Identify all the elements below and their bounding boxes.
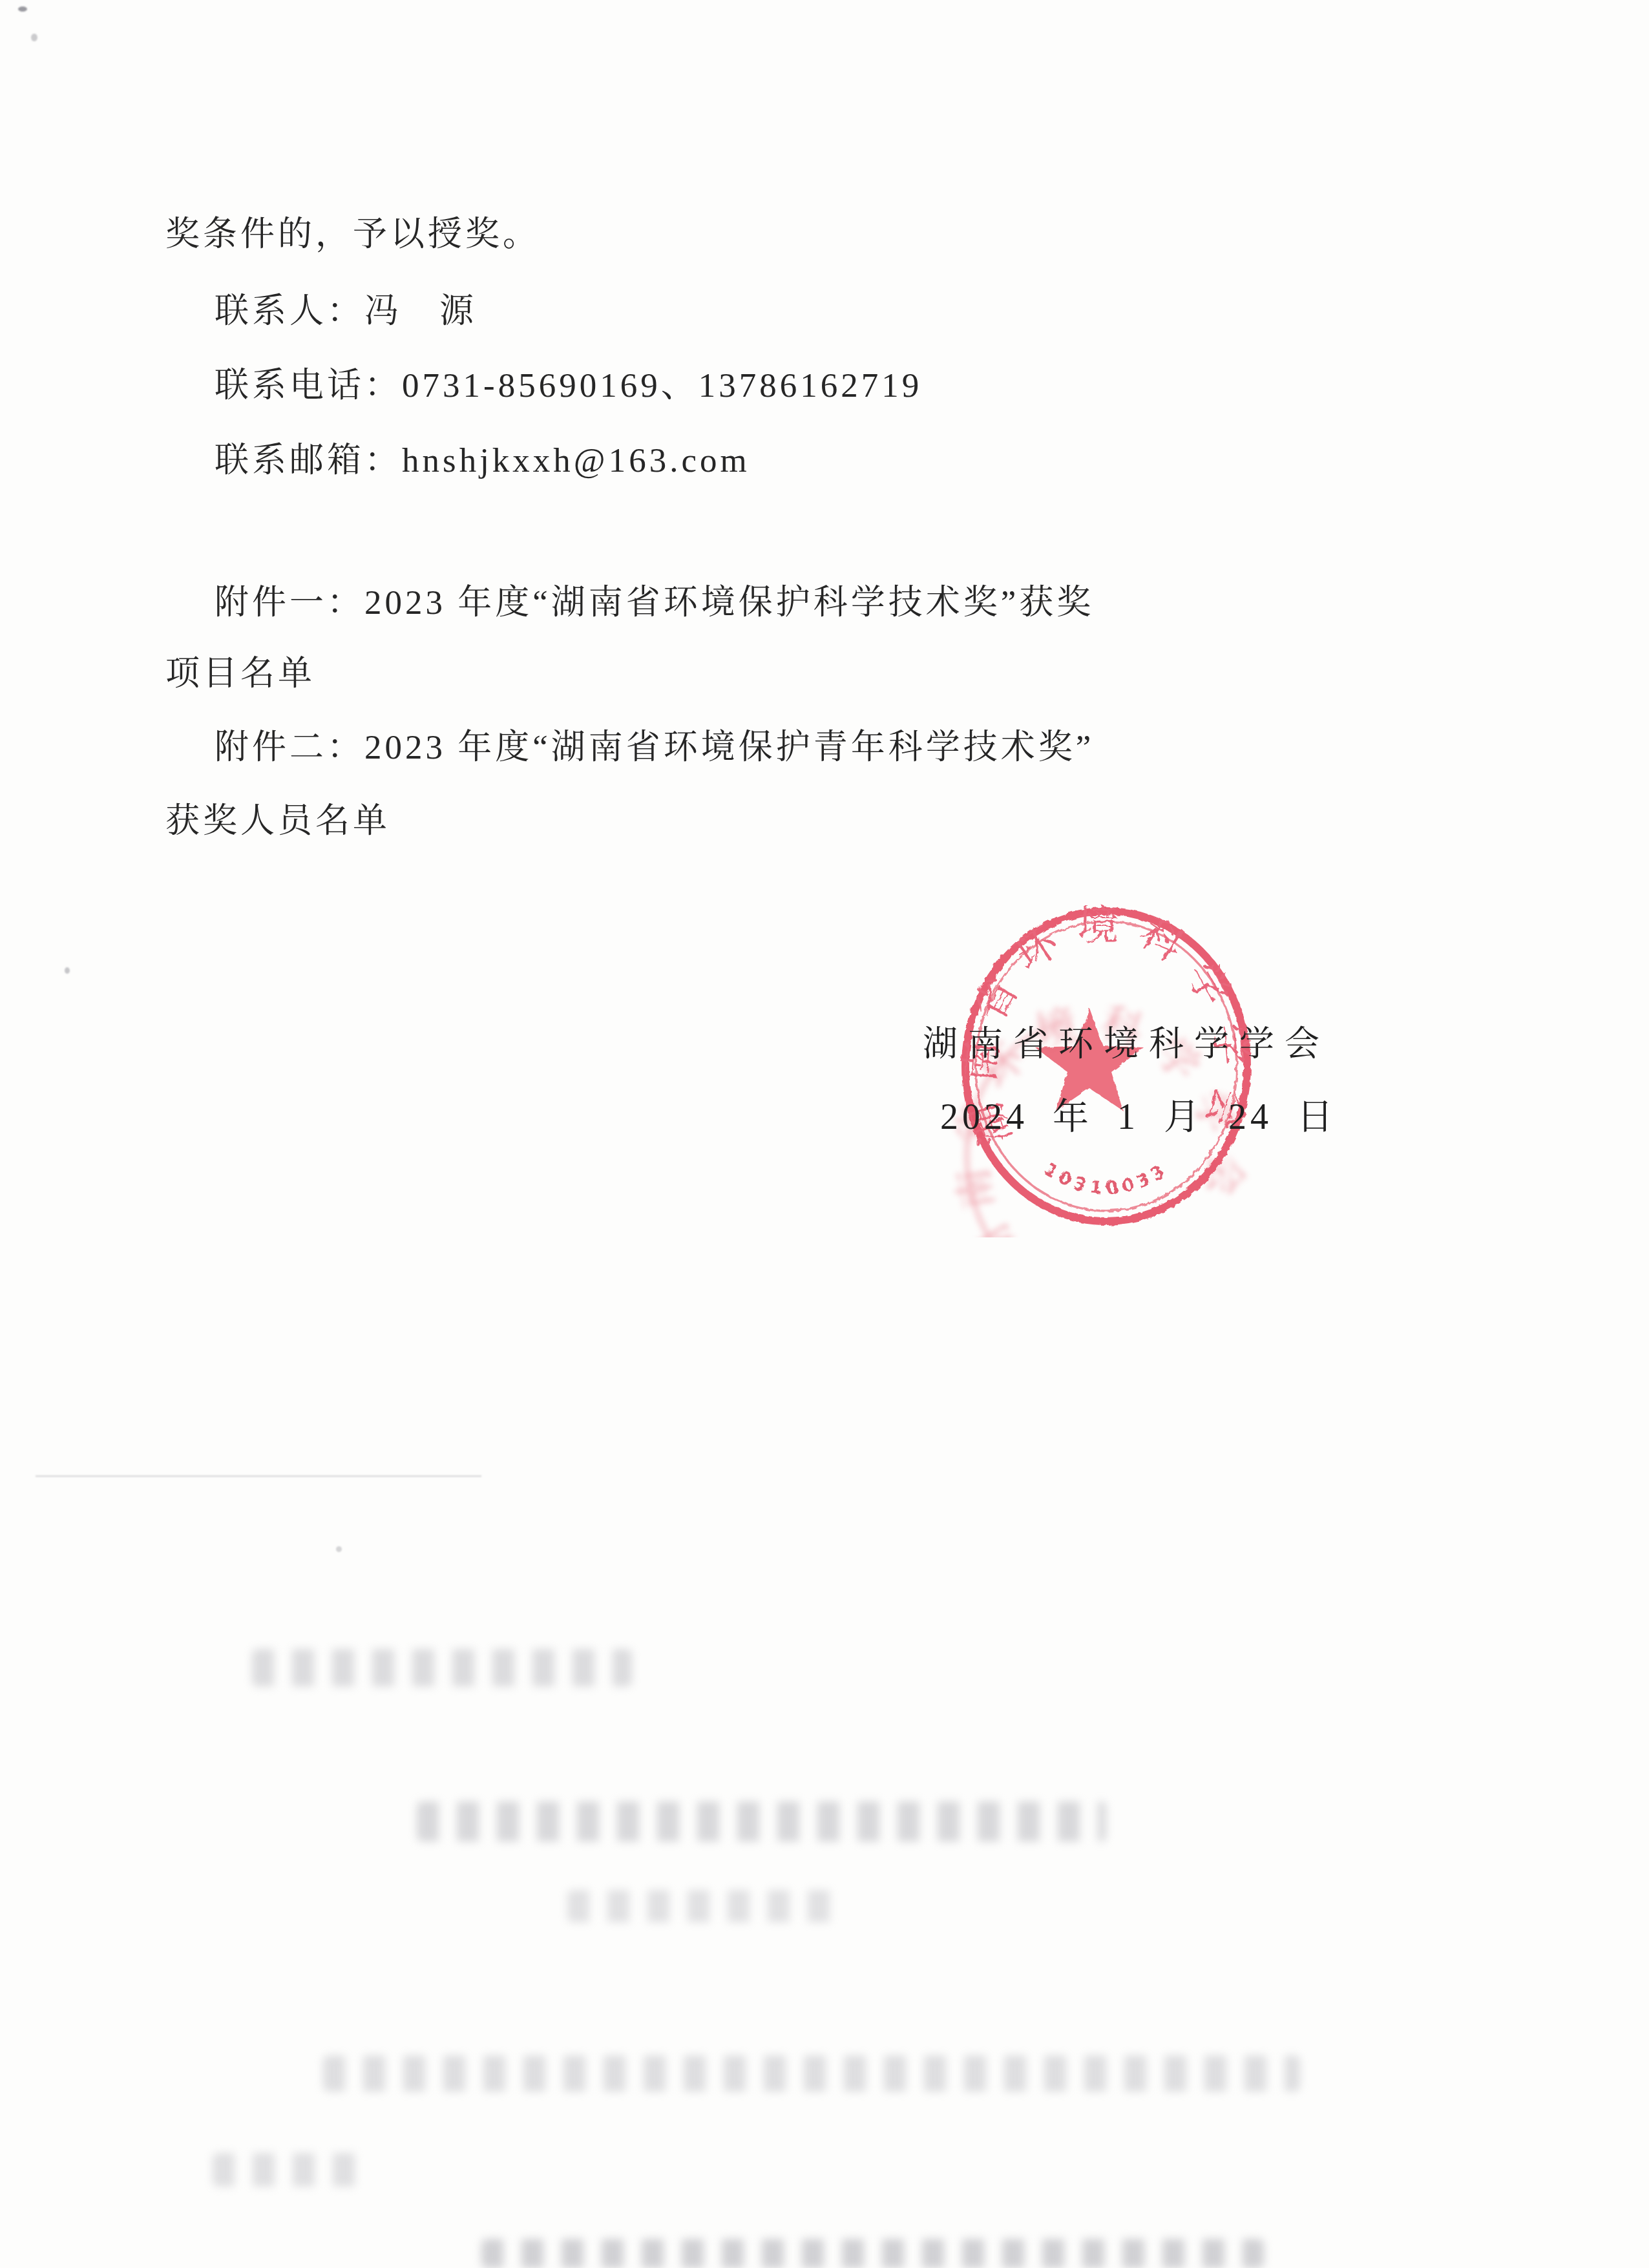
- body-line-2: 联系人：冯 源: [215, 292, 477, 331]
- bleedthrough-smudge: [252, 1649, 632, 1686]
- signature-org: 湖南省环境科学学会: [923, 1016, 1330, 1066]
- body-line-4: 联系邮箱：hnshjkxxh@163.com: [215, 441, 750, 480]
- scan-speck: [336, 1546, 342, 1552]
- body-line-3: 联系电话：0731-85690169、13786162719: [215, 366, 922, 405]
- scan-speck: [31, 34, 37, 41]
- bleedthrough-smudge: [323, 2055, 1300, 2092]
- attachment-line-1-cont: 项目名单: [165, 655, 315, 693]
- scan-speck: [65, 967, 70, 974]
- seal-graphic: 湖南省环境科学学会 湖南省环境科学学会 43010310033022: [950, 895, 1266, 1237]
- body-line-1: 奖条件的，予以授奖。: [165, 215, 540, 254]
- scanned-letter-page: 湖南省环境科学学会 湖南省环境科学学会 43010310033022 奖条件的，…: [0, 0, 1649, 2268]
- bleedthrough-smudge: [417, 1801, 1106, 1842]
- bleedthrough-smudge: [213, 2153, 366, 2187]
- bleedthrough-smudge: [481, 2239, 1264, 2268]
- attachment-line-1: 附件一：2023 年度“湖南省环境保护科学技术奖”获奖: [215, 583, 1094, 622]
- signature-date: 2024 年 1 月 24 日: [940, 1088, 1337, 1140]
- attachment-line-2-cont: 获奖人员名单: [165, 802, 390, 841]
- official-seal: 湖南省环境科学学会 湖南省环境科学学会 43010310033022: [950, 895, 1266, 1237]
- scan-speck: [18, 6, 27, 12]
- bleedthrough-rule: [36, 1475, 481, 1477]
- bleedthrough-smudge: [567, 1890, 848, 1922]
- attachment-line-2: 附件二：2023 年度“湖南省环境保护青年科学技术奖”: [215, 728, 1094, 767]
